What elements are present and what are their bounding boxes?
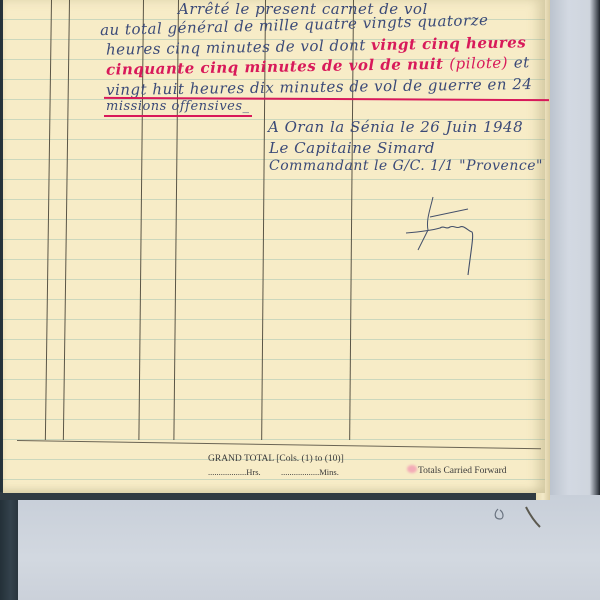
pilot-note: (pilote) bbox=[449, 54, 508, 73]
handwritten-line-6: missions offensives_ bbox=[106, 99, 250, 114]
hours-field: ..................Hrs. bbox=[208, 467, 261, 477]
handwritten-signature bbox=[388, 195, 488, 285]
logbook-page: Arrêté le present carnet de vol au total… bbox=[3, 0, 545, 493]
signatory-name: Le Capitaine Simard bbox=[269, 139, 435, 157]
column-rule bbox=[45, 0, 52, 440]
grand-total-label: GRAND TOTAL [Cols. (1) to (10)] bbox=[208, 454, 344, 464]
totals-carried-forward-label: Totals Carried Forward bbox=[418, 466, 507, 476]
logbook-cover-bottom bbox=[0, 492, 548, 500]
handwritten-line-3-red: vingt cinq heures bbox=[371, 33, 526, 54]
minutes-field: ..................Mins. bbox=[281, 467, 339, 477]
pink-ink-mark bbox=[407, 465, 417, 473]
conjunction-text: et bbox=[514, 53, 530, 71]
place-date: A Oran la Sénia le 26 Juin 1948 bbox=[268, 118, 523, 136]
signatory-title: Commandant le G/C. 1/1 "Provence" bbox=[269, 158, 543, 174]
night-flight-text: cinquante cinq minutes de vol de nuit bbox=[106, 55, 444, 79]
handwritten-line-5: vingt huit heures dix minutes de vol de … bbox=[106, 75, 533, 99]
bookmark-ribbon bbox=[490, 505, 550, 545]
column-rule bbox=[63, 0, 70, 440]
total-rule bbox=[17, 440, 541, 449]
handwritten-line-3-blue: heures cinq minutes de vol dont bbox=[106, 36, 366, 59]
red-underline bbox=[104, 115, 252, 117]
